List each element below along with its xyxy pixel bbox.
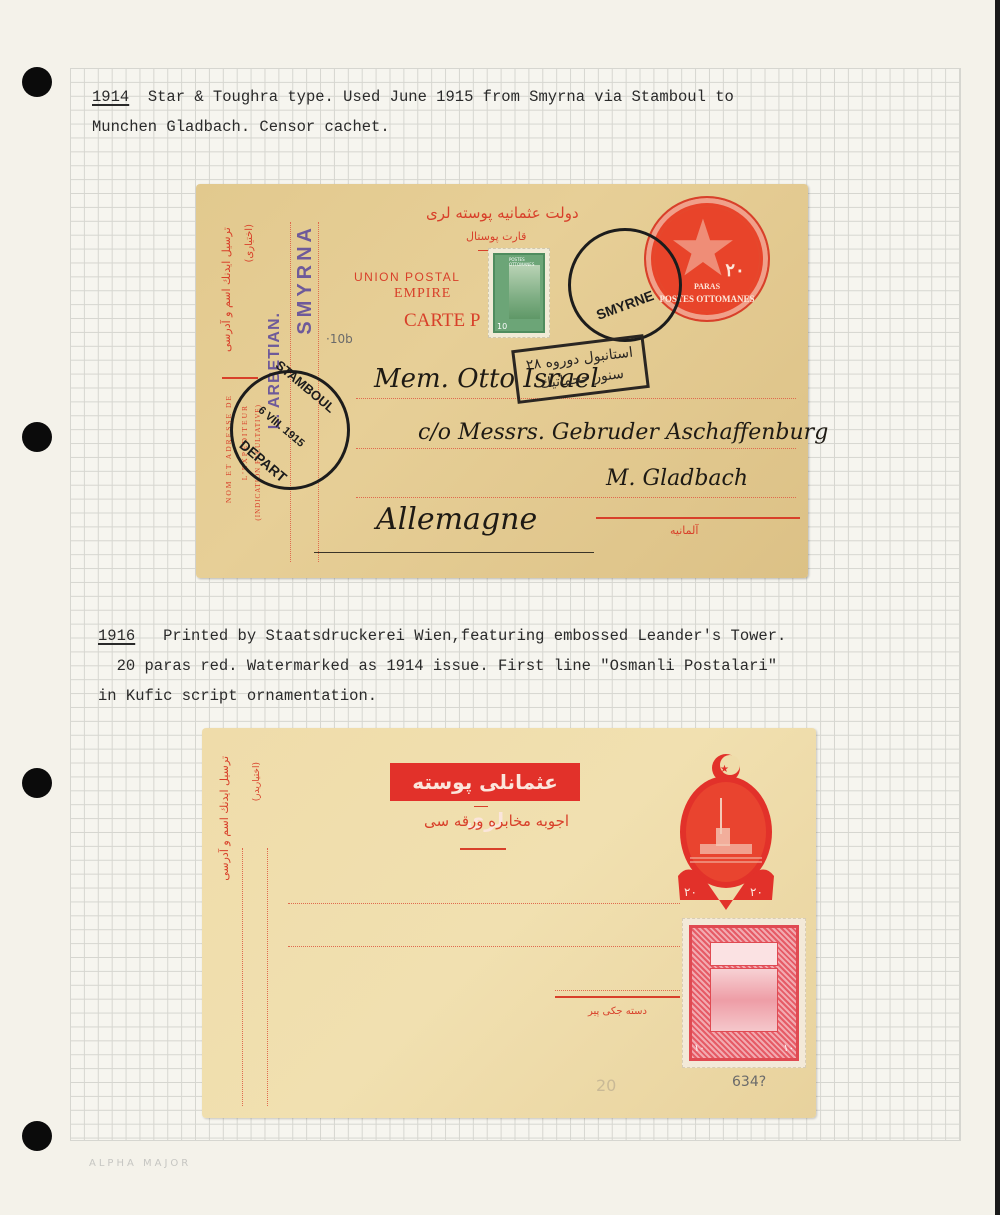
leanders-tower-indicia: ★ ٢٠ ٢٠ bbox=[668, 750, 784, 915]
sender-arabic-label: ترسیل ایدنك اسم و آدرسی bbox=[220, 222, 233, 352]
adhesive-stamp-red: ١٠ ١٠ bbox=[682, 918, 806, 1068]
sender-arabic-sub: (اختیاریدر) bbox=[252, 762, 262, 801]
footer-arabic: آلمانیه bbox=[670, 524, 698, 537]
kufic-osmanli-postalari-banner: عثمانلی پوسته لری bbox=[390, 763, 580, 801]
pencil-faint-note: 20 bbox=[596, 1076, 616, 1095]
union-postale-text: UNION POSTAL bbox=[354, 270, 460, 284]
entry-1914-description: 1914 Star & Toughra type. Used June 1915… bbox=[92, 82, 734, 142]
entry-year: 1914 bbox=[92, 88, 129, 106]
stamboul-depart-postmark: STAMBOUL 6 VIII. 1915 DEPART bbox=[230, 370, 350, 490]
address-line-3: M. Gladbach bbox=[606, 466, 748, 491]
address-line-2: c/o Messrs. Gebruder Aschaffenburg bbox=[418, 420, 828, 445]
binder-hole bbox=[22, 1121, 52, 1151]
sender-arabic-label: ترسیل ایدنك اسم و آدرسی bbox=[218, 756, 231, 881]
svg-text:٢٠: ٢٠ bbox=[684, 885, 697, 899]
scan-edge bbox=[995, 0, 1000, 1215]
entry-year: 1916 bbox=[98, 627, 135, 645]
adhesive-stamp-green: POSTES OTTOMANES 10 bbox=[488, 248, 550, 338]
pencil-catalog-note: 634? bbox=[732, 1074, 766, 1090]
entry-1916-description: 1916 Printed by Staatsdruckerei Wien,fea… bbox=[98, 621, 786, 711]
footer-arabic: دسته جکی پیر bbox=[588, 1006, 647, 1017]
svg-text:★: ★ bbox=[720, 764, 729, 775]
postal-card-1916: عثمانلی پوسته لری اجوبه مخابره ورقه سی ت… bbox=[202, 728, 816, 1118]
empire-text: EMPIRE bbox=[394, 286, 451, 302]
postal-card-1914: دولت عثمانیه پوسته لری قارت پوستال UNION… bbox=[196, 184, 808, 578]
binder-hole bbox=[22, 422, 52, 452]
pencil-note: ·10b bbox=[326, 332, 353, 346]
card-sub-arabic: قارت پوستال bbox=[466, 230, 526, 243]
paper-brand: ALPHA MAJOR bbox=[89, 1158, 191, 1169]
binder-hole bbox=[22, 67, 52, 97]
smyrna-handstamp: SMYRNA bbox=[294, 224, 317, 335]
svg-text:٢٠: ٢٠ bbox=[750, 885, 763, 899]
card-sub-arabic: اجوبه مخابره ورقه سی bbox=[424, 812, 569, 830]
sender-label-1: NOM ET ADRESSE DE bbox=[224, 394, 233, 503]
censor-cachet: استانبول دوروه ۲۸ سنور حجماتیك bbox=[511, 334, 650, 404]
binder-hole bbox=[22, 768, 52, 798]
address-line-4: Allemagne bbox=[376, 502, 537, 537]
sender-arabic-sub: (اختیاری) bbox=[244, 224, 255, 263]
smyrne-postmark: SMYRNE bbox=[568, 228, 682, 342]
carte-postale-text: CARTE P bbox=[404, 310, 480, 332]
card-header-arabic: دولت عثمانیه پوسته لری bbox=[426, 204, 579, 222]
